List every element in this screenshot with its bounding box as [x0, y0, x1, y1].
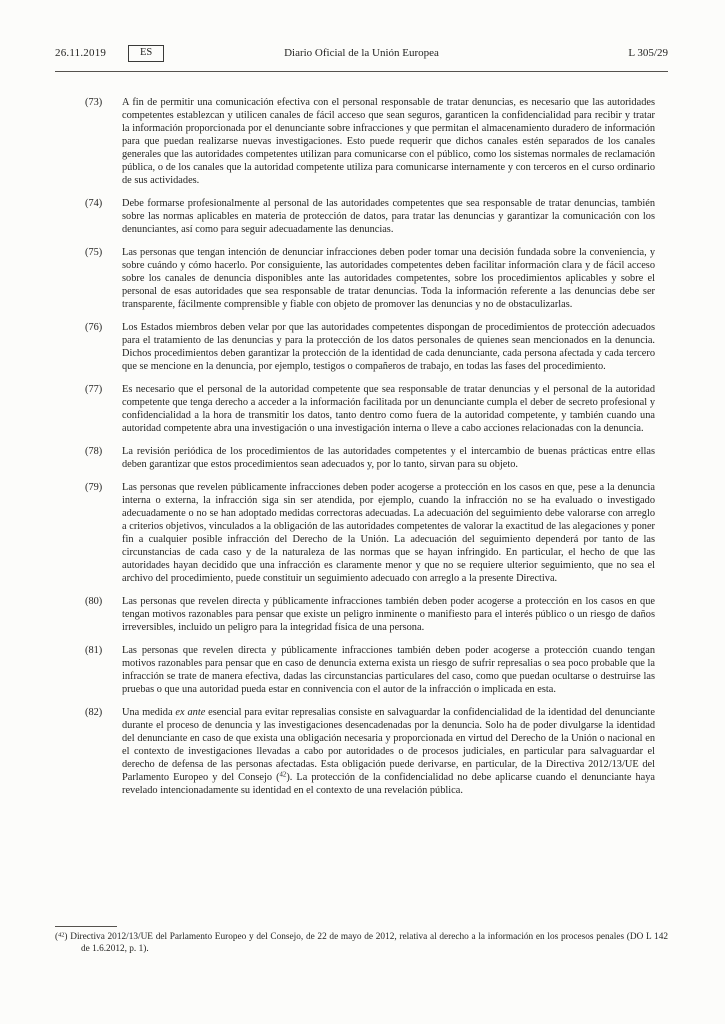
footnote: (42) Directiva 2012/13/UE del Parlamento…: [55, 932, 668, 955]
footnote-marker: (42): [55, 932, 68, 942]
recital: (74)Debe formarse profesionalmente al pe…: [85, 197, 655, 236]
recital-text: Una medida ex ante esencial para evitar …: [122, 706, 655, 797]
journal-title: Diario Oficial de la Unión Europea: [55, 47, 668, 59]
recital: (78)La revisión periódica de los procedi…: [85, 445, 655, 471]
recital-number: (80): [85, 595, 122, 634]
recital: (82)Una medida ex ante esencial para evi…: [85, 706, 655, 797]
recital-number: (76): [85, 321, 122, 373]
recital-number: (74): [85, 197, 122, 236]
recital-number: (77): [85, 383, 122, 435]
footnote-divider: [55, 926, 117, 927]
recital-number: (73): [85, 96, 122, 187]
footnote-text: Directiva 2012/13/UE del Parlamento Euro…: [70, 932, 668, 954]
footnote-block: (42) Directiva 2012/13/UE del Parlamento…: [55, 926, 668, 955]
page-reference: L 305/29: [628, 47, 668, 59]
recital-text: Debe formarse profesionalmente al person…: [122, 197, 655, 236]
recital: (73)A fin de permitir una comunicación e…: [85, 96, 655, 187]
recital: (76)Los Estados miembros deben velar por…: [85, 321, 655, 373]
recital-text: Las personas que revelen directa y públi…: [122, 644, 655, 696]
recital: (79)Las personas que revelen públicament…: [85, 481, 655, 585]
recital-text: Las personas que revelen públicamente in…: [122, 481, 655, 585]
recital-text: Las personas que revelen directa y públi…: [122, 595, 655, 634]
recital-text: A fin de permitir una comunicación efect…: [122, 96, 655, 187]
recital: (77)Es necesario que el personal de la a…: [85, 383, 655, 435]
recital: (75)Las personas que tengan intención de…: [85, 246, 655, 311]
recital: (80)Las personas que revelen directa y p…: [85, 595, 655, 634]
header-divider: [55, 71, 668, 72]
recitals-list: (73)A fin de permitir una comunicación e…: [85, 96, 655, 930]
recital-number: (79): [85, 481, 122, 585]
recital: (81)Las personas que revelen directa y p…: [85, 644, 655, 696]
recital-number: (78): [85, 445, 122, 471]
recital-number: (82): [85, 706, 122, 797]
recital-text: Las personas que tengan intención de den…: [122, 246, 655, 311]
journal-page: 26.11.2019 ES Diario Oficial de la Unión…: [0, 0, 725, 1024]
recital-text: Es necesario que el personal de la autor…: [122, 383, 655, 435]
recital-text: La revisión periódica de los procedimien…: [122, 445, 655, 471]
recital-number: (75): [85, 246, 122, 311]
recital-number: (81): [85, 644, 122, 696]
page-header: 26.11.2019 ES Diario Oficial de la Unión…: [55, 44, 668, 64]
recital-text: Los Estados miembros deben velar por que…: [122, 321, 655, 373]
